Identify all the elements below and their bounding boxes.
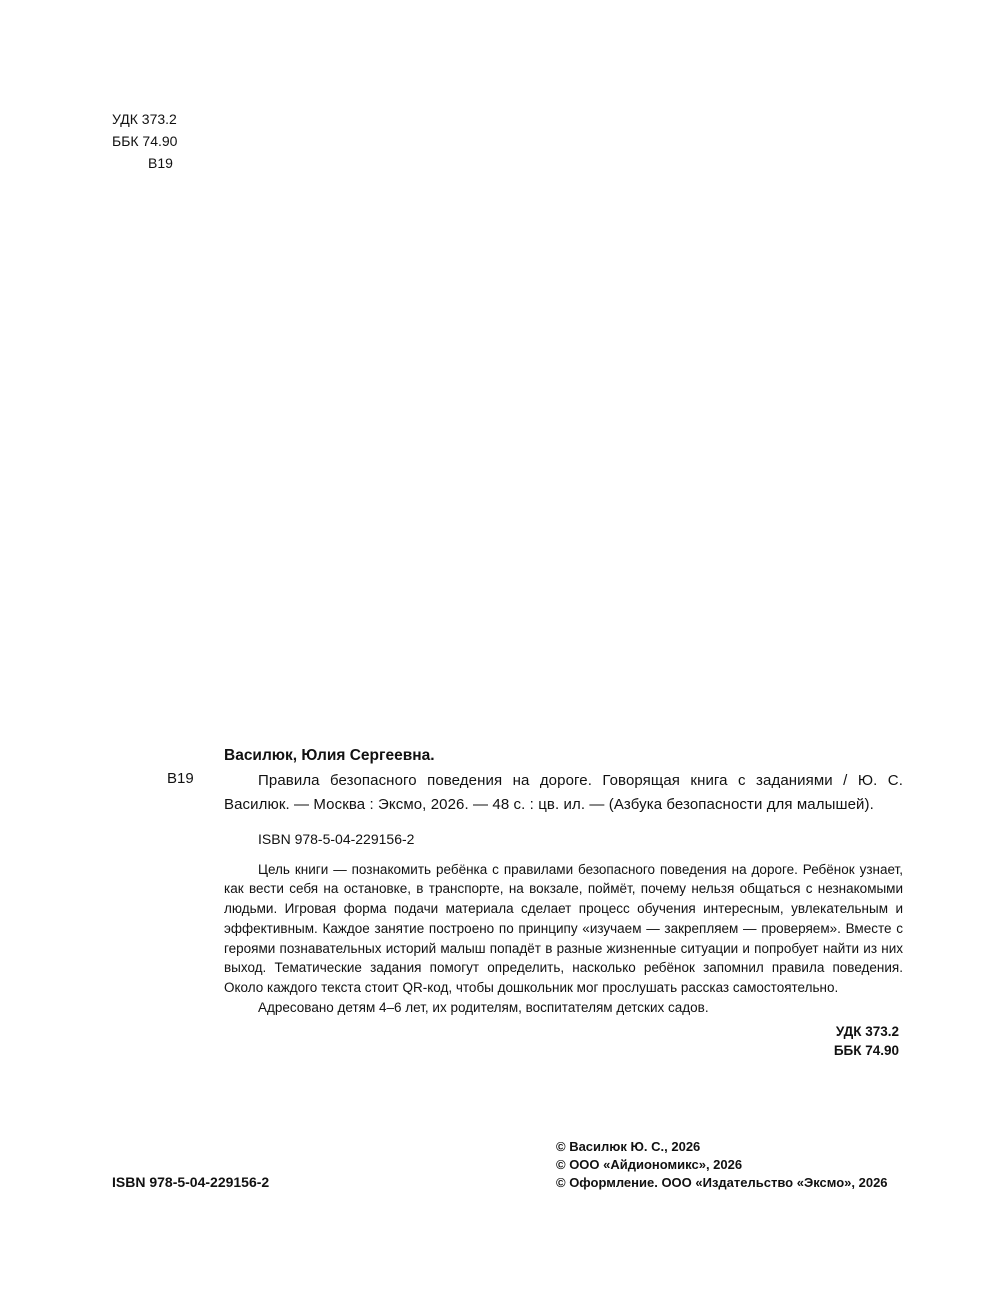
card-isbn: ISBN 978-5-04-229156-2 (224, 828, 903, 850)
author-heading: Василюк, Юлия Сергеевна. (224, 744, 903, 769)
copyright-author: © Василюк Ю. С., 2026 (556, 1138, 888, 1156)
card-author-mark: В19 (167, 769, 194, 789)
catalog-card: Василюк, Юлия Сергеевна. Правила безопас… (224, 744, 903, 1060)
abstract-block: Цель книги — познакомить ребёнка с прави… (224, 860, 903, 1018)
copyright-block: © Василюк Ю. С., 2026 © ООО «Айдиономикс… (556, 1138, 888, 1192)
card-classification: УДК 373.2 ББК 74.90 (224, 1022, 903, 1060)
copyright-aidionomiks: © ООО «Айдиономикс», 2026 (556, 1156, 888, 1174)
copyright-design: © Оформление. ООО «Издательство «Эксмо»,… (556, 1174, 888, 1192)
card-bbk: ББК 74.90 (224, 1041, 899, 1060)
abstract-text: Цель книги — познакомить ребёнка с прави… (224, 860, 903, 999)
card-udk: УДК 373.2 (224, 1022, 899, 1041)
author-mark: В19 (112, 152, 177, 174)
bibliographic-description: Правила безопасного поведения на дороге.… (224, 769, 903, 818)
bottom-isbn: ISBN 978-5-04-229156-2 (112, 1172, 269, 1192)
audience-text: Адресовано детям 4–6 лет, их родителям, … (224, 998, 903, 1018)
bbk-code: ББК 74.90 (112, 130, 177, 152)
top-classification-block: УДК 373.2 ББК 74.90 В19 (112, 108, 177, 174)
udk-code: УДК 373.2 (112, 108, 177, 130)
